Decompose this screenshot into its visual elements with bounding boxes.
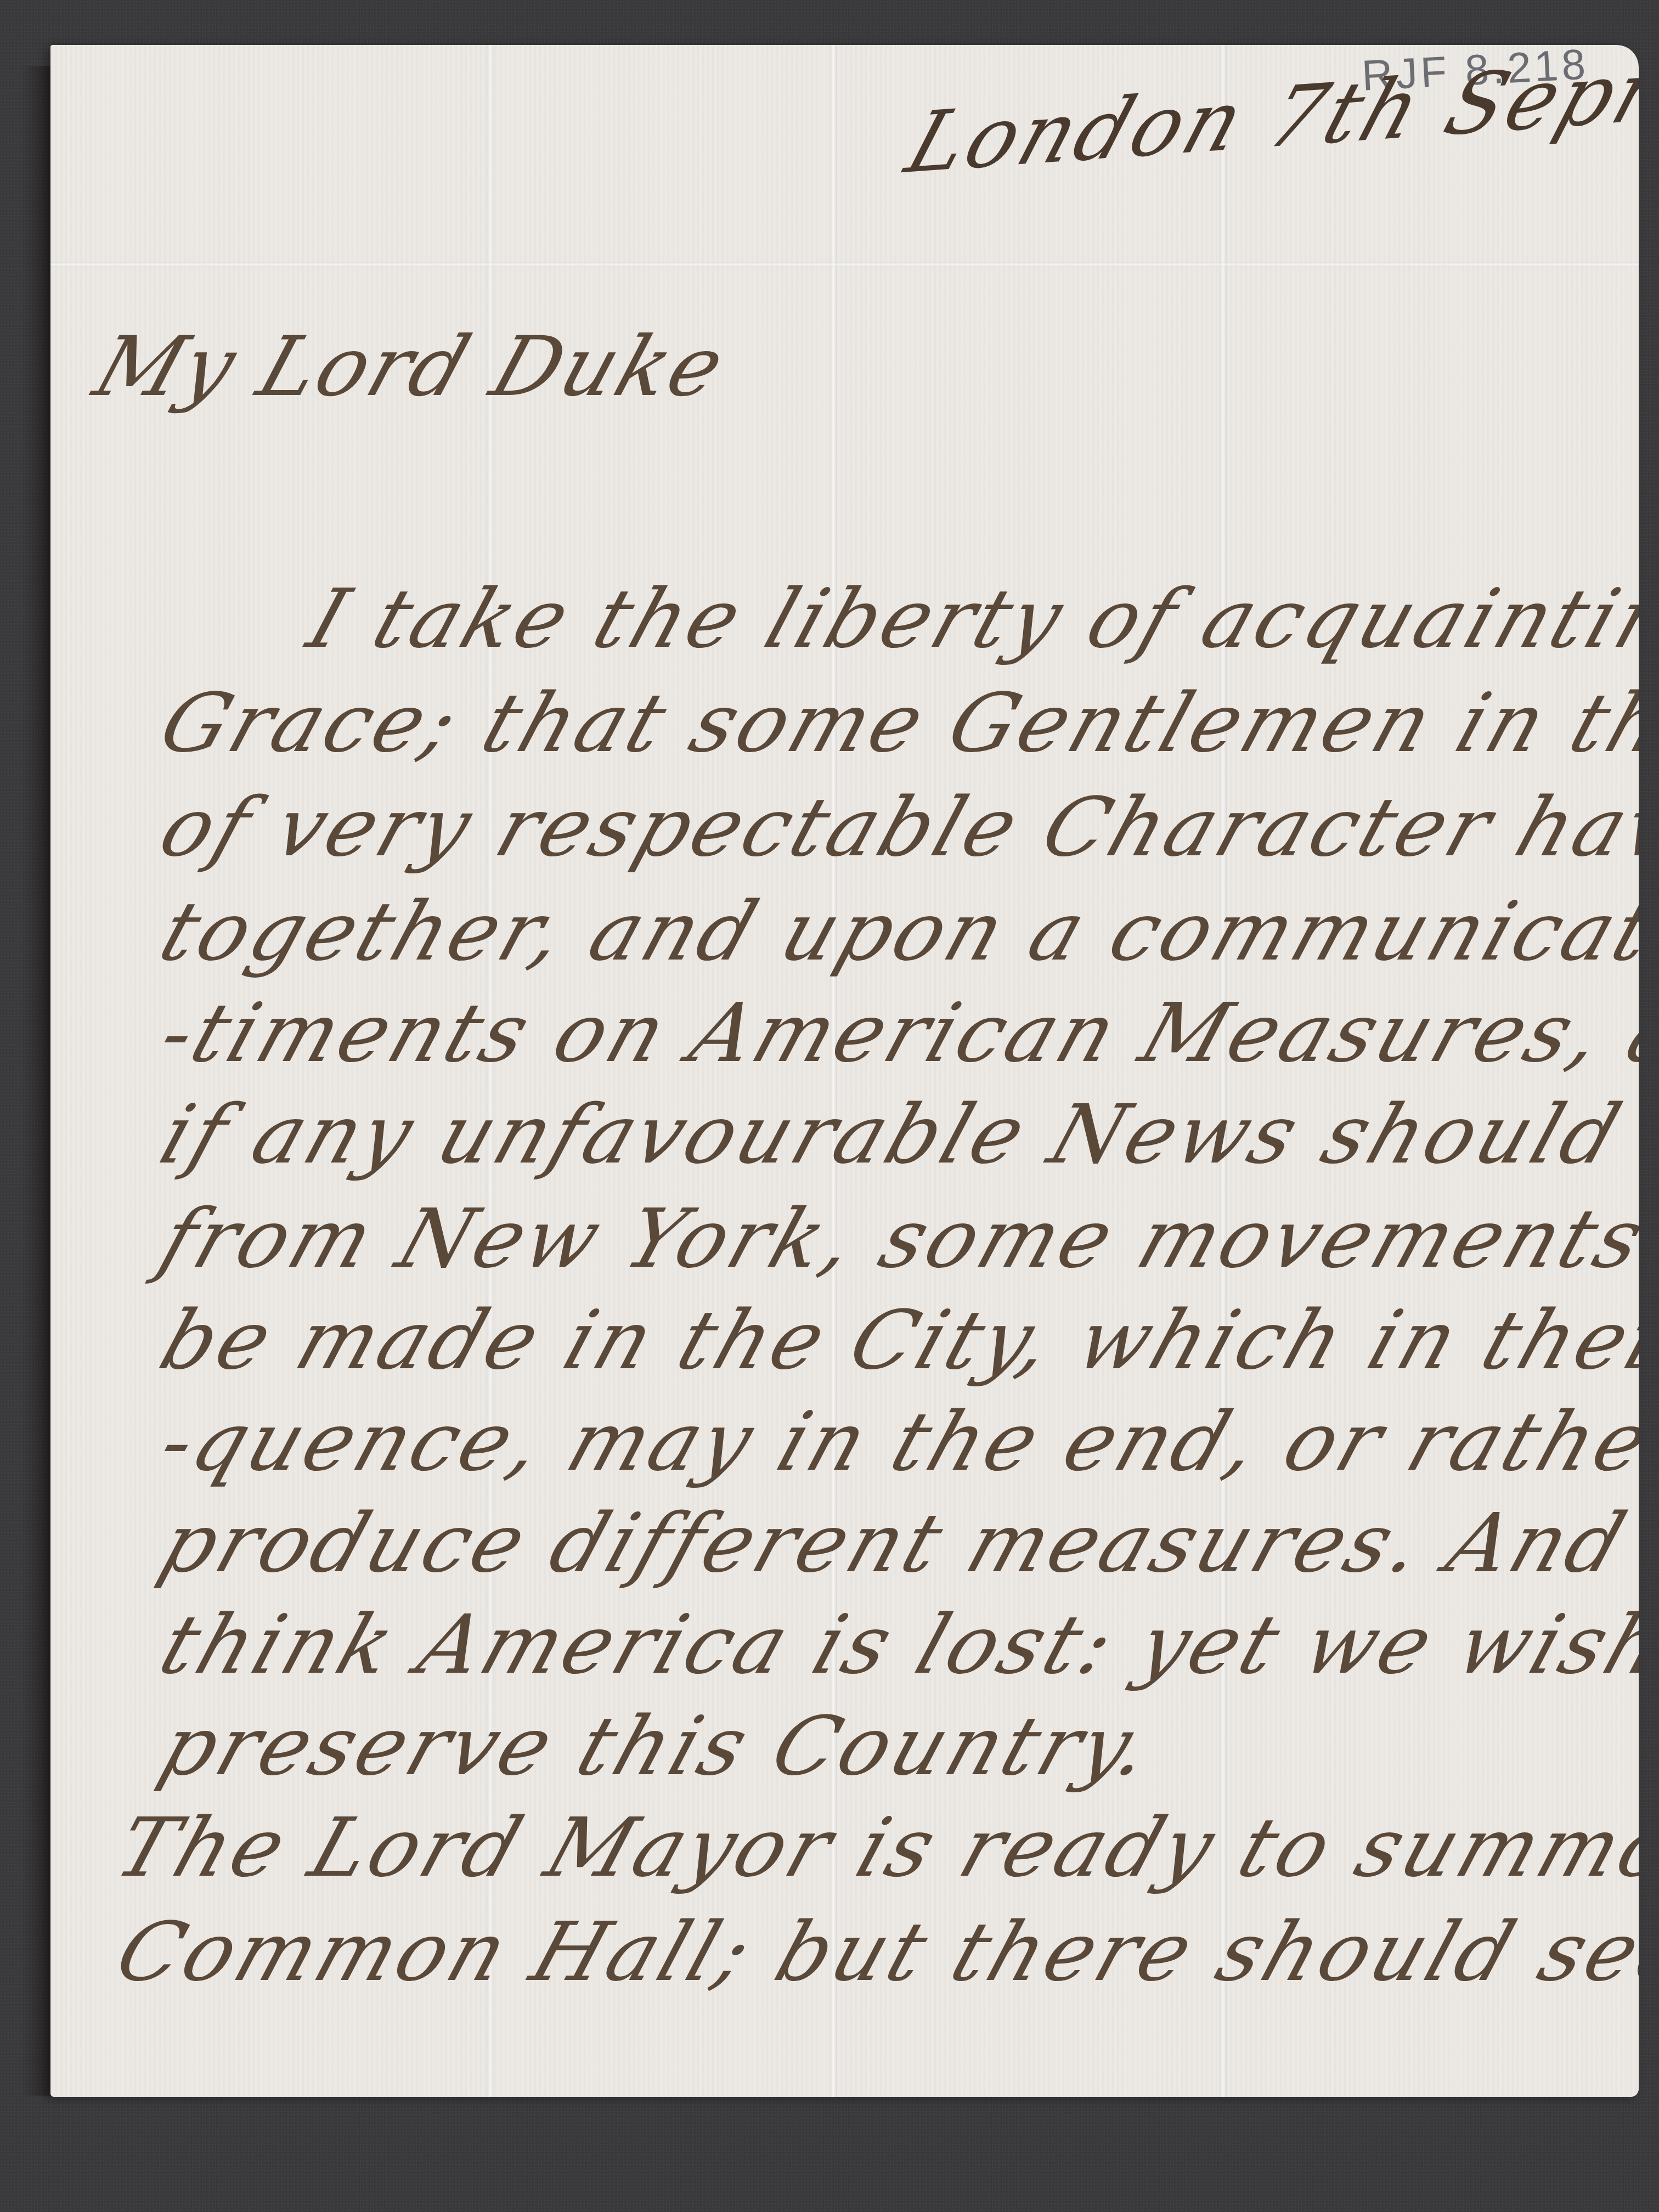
body-line: The Lord Mayor is ready to summon a [105, 1801, 1639, 1895]
fold-crease [50, 262, 1639, 267]
body-line: together, and upon a communication of Se… [149, 884, 1639, 979]
salutation: My Lord Duke [83, 319, 737, 415]
body-line: from New York, some movements might [149, 1192, 1639, 1286]
body-line: Common Hall; but there should seem to [105, 1905, 1639, 1999]
body-line: think America is lost: yet we wish to [149, 1598, 1639, 1692]
letter-page: RJF 8.218 London 7th Sepr. 1776 My Lord … [50, 45, 1639, 2097]
body-line: Grace; that some Gentlemen in this City [149, 676, 1639, 770]
paper-shadow [22, 66, 55, 2096]
body-line: of very respectable Character have met [149, 780, 1639, 874]
body-line: produce different measures. And tho' we [149, 1496, 1639, 1590]
body-line: preserve this Country. [149, 1699, 1166, 1793]
body-line: I take the liberty of acquainting your [297, 572, 1639, 666]
body-line: be made in the City, which in their cons… [149, 1293, 1639, 1387]
body-line: -timents on American Measures, agreed; t… [149, 986, 1639, 1080]
dateline: London 7th Sepr. 1776 [895, 45, 1639, 193]
body-line: -quence, may in the end, or rather in du… [149, 1395, 1639, 1489]
body-line: if any unfavourable News should come [149, 1087, 1639, 1182]
